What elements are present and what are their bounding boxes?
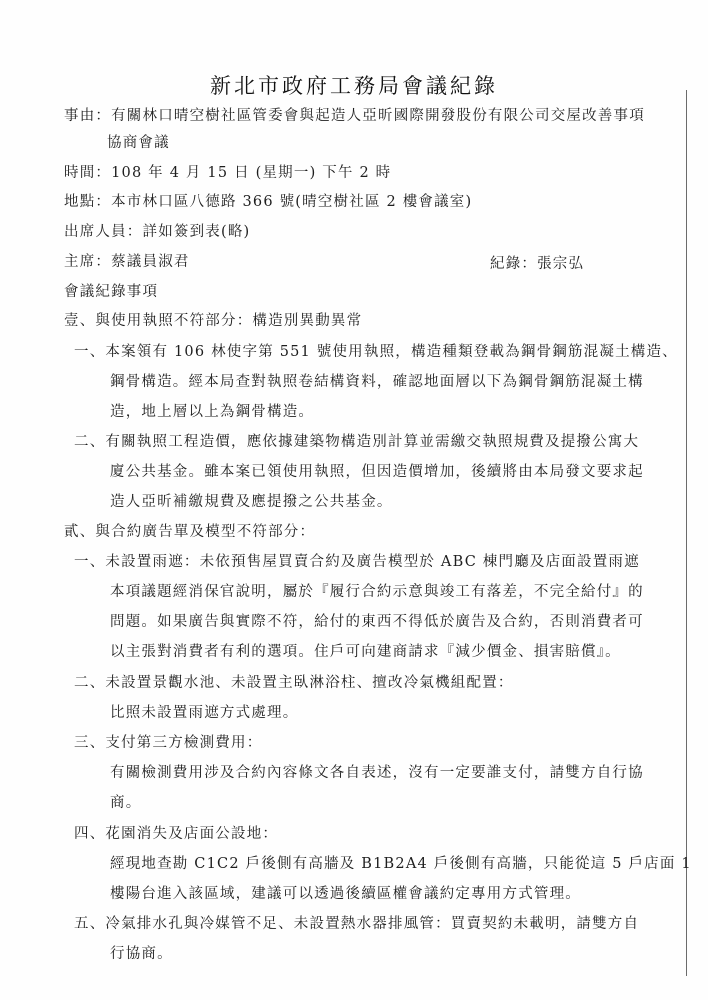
section-1-item-2-line-1: 二、有關執照工程造價，應依據建築物構造別計算並需繳交執照規費及提撥公寓大 xyxy=(74,432,639,452)
section-2-item-3-line-2: 有關檢測費用涉及合約內容條文各自表述，沒有一定要誰支付，請雙方自行協 xyxy=(110,763,644,783)
document-title: 新北市政府工務局會議紀錄 xyxy=(0,70,708,100)
section-2-item-2-line-2: 比照未設置雨遮方式處理。 xyxy=(110,703,298,723)
section-1-item-2-line-2: 廈公共基金。雖本案已領使用執照，但因造價增加，後續將由本局發文要求起 xyxy=(110,462,644,482)
section-1-heading: 壹、與使用執照不符部分：構造別異動異常 xyxy=(64,311,362,331)
section-2-item-3-line-1: 三、支付第三方檢測費用： xyxy=(74,733,262,753)
section-2-item-1-line-2: 本項議題經消保官說明，屬於『履行合約示意與竣工有落差，不完全給付』的 xyxy=(110,582,644,602)
section-2-item-1-line-1: 一、未設置雨遮：未依預售屋買賣合約及廣告模型於 ABC 棟門廳及店面設置雨遮 xyxy=(74,552,640,572)
attendees: 出席人員：詳如簽到表(略) xyxy=(64,222,250,242)
section-2-item-3-line-3: 商。 xyxy=(110,793,141,813)
section-2-item-5-line-1: 五、冷氣排水孔與冷媒管不足、未設置熱水器排風管：買賣契約未載明，請雙方自 xyxy=(74,914,639,934)
document-page: 新北市政府工務局會議紀錄 事由：有關林口晴空樹社區管委會與起造人亞昕國際開發股份… xyxy=(0,0,708,1000)
meeting-time: 時間：108 年 4 月 15 日 (星期一) 下午 2 時 xyxy=(64,163,391,183)
section-2-item-4-line-2: 經現地查勘 C1C2 戶後側有高牆及 B1B2A4 戶後側有高牆，只能從這 5 … xyxy=(110,854,692,874)
chairperson: 主席：蔡議員淑君 xyxy=(64,252,190,272)
minutes-heading: 會議紀錄事項 xyxy=(64,282,158,302)
section-2-item-1-line-4: 以主張對消費者有利的選項。住戶可向建商請求『減少價金、損害賠償』。 xyxy=(110,642,621,662)
section-2-item-2-line-1: 二、未設置景觀水池、未設置主臥淋浴柱、擅改冷氣機組配置： xyxy=(74,673,514,693)
section-2-item-4-line-3: 樓陽台進入該區域，建議可以透過後續區權會議約定專用方式管理。 xyxy=(110,884,581,904)
section-1-item-1-line-3: 造，地上層以上為鋼骨構造。 xyxy=(110,402,314,422)
subject-line-2: 協商會議 xyxy=(107,133,170,153)
section-2-item-1-line-3: 問題。如果廣告與實際不符，給付的東西不得低於廣告及合約，否則消費者可 xyxy=(110,612,644,632)
recorder: 紀錄：張宗弘 xyxy=(490,252,584,273)
scan-border-line xyxy=(686,90,687,976)
section-1-item-1-line-2: 鋼骨構造。經本局查對執照卷結構資料，確認地面層以下為鋼骨鋼筋混凝土構 xyxy=(110,372,644,392)
section-2-item-4-line-1: 四、花園消失及店面公設地： xyxy=(74,824,278,844)
section-2-heading: 貳、與合約廣告單及模型不符部分： xyxy=(64,522,315,542)
section-2-item-5-line-2: 行協商。 xyxy=(110,944,173,964)
section-1-item-1-line-1: 一、本案領有 106 林使字第 551 號使用執照，構造種類登載為鋼骨鋼筋混凝土… xyxy=(74,342,678,362)
meeting-location: 地點：本市林口區八德路 366 號(晴空樹社區 2 樓會議室) xyxy=(64,192,472,212)
section-1-item-2-line-3: 造人亞昕補繳規費及應提撥之公共基金。 xyxy=(110,492,393,512)
subject-line-1: 事由：有關林口晴空樹社區管委會與起造人亞昕國際開發股份有限公司交屋改善事項 xyxy=(64,106,645,126)
